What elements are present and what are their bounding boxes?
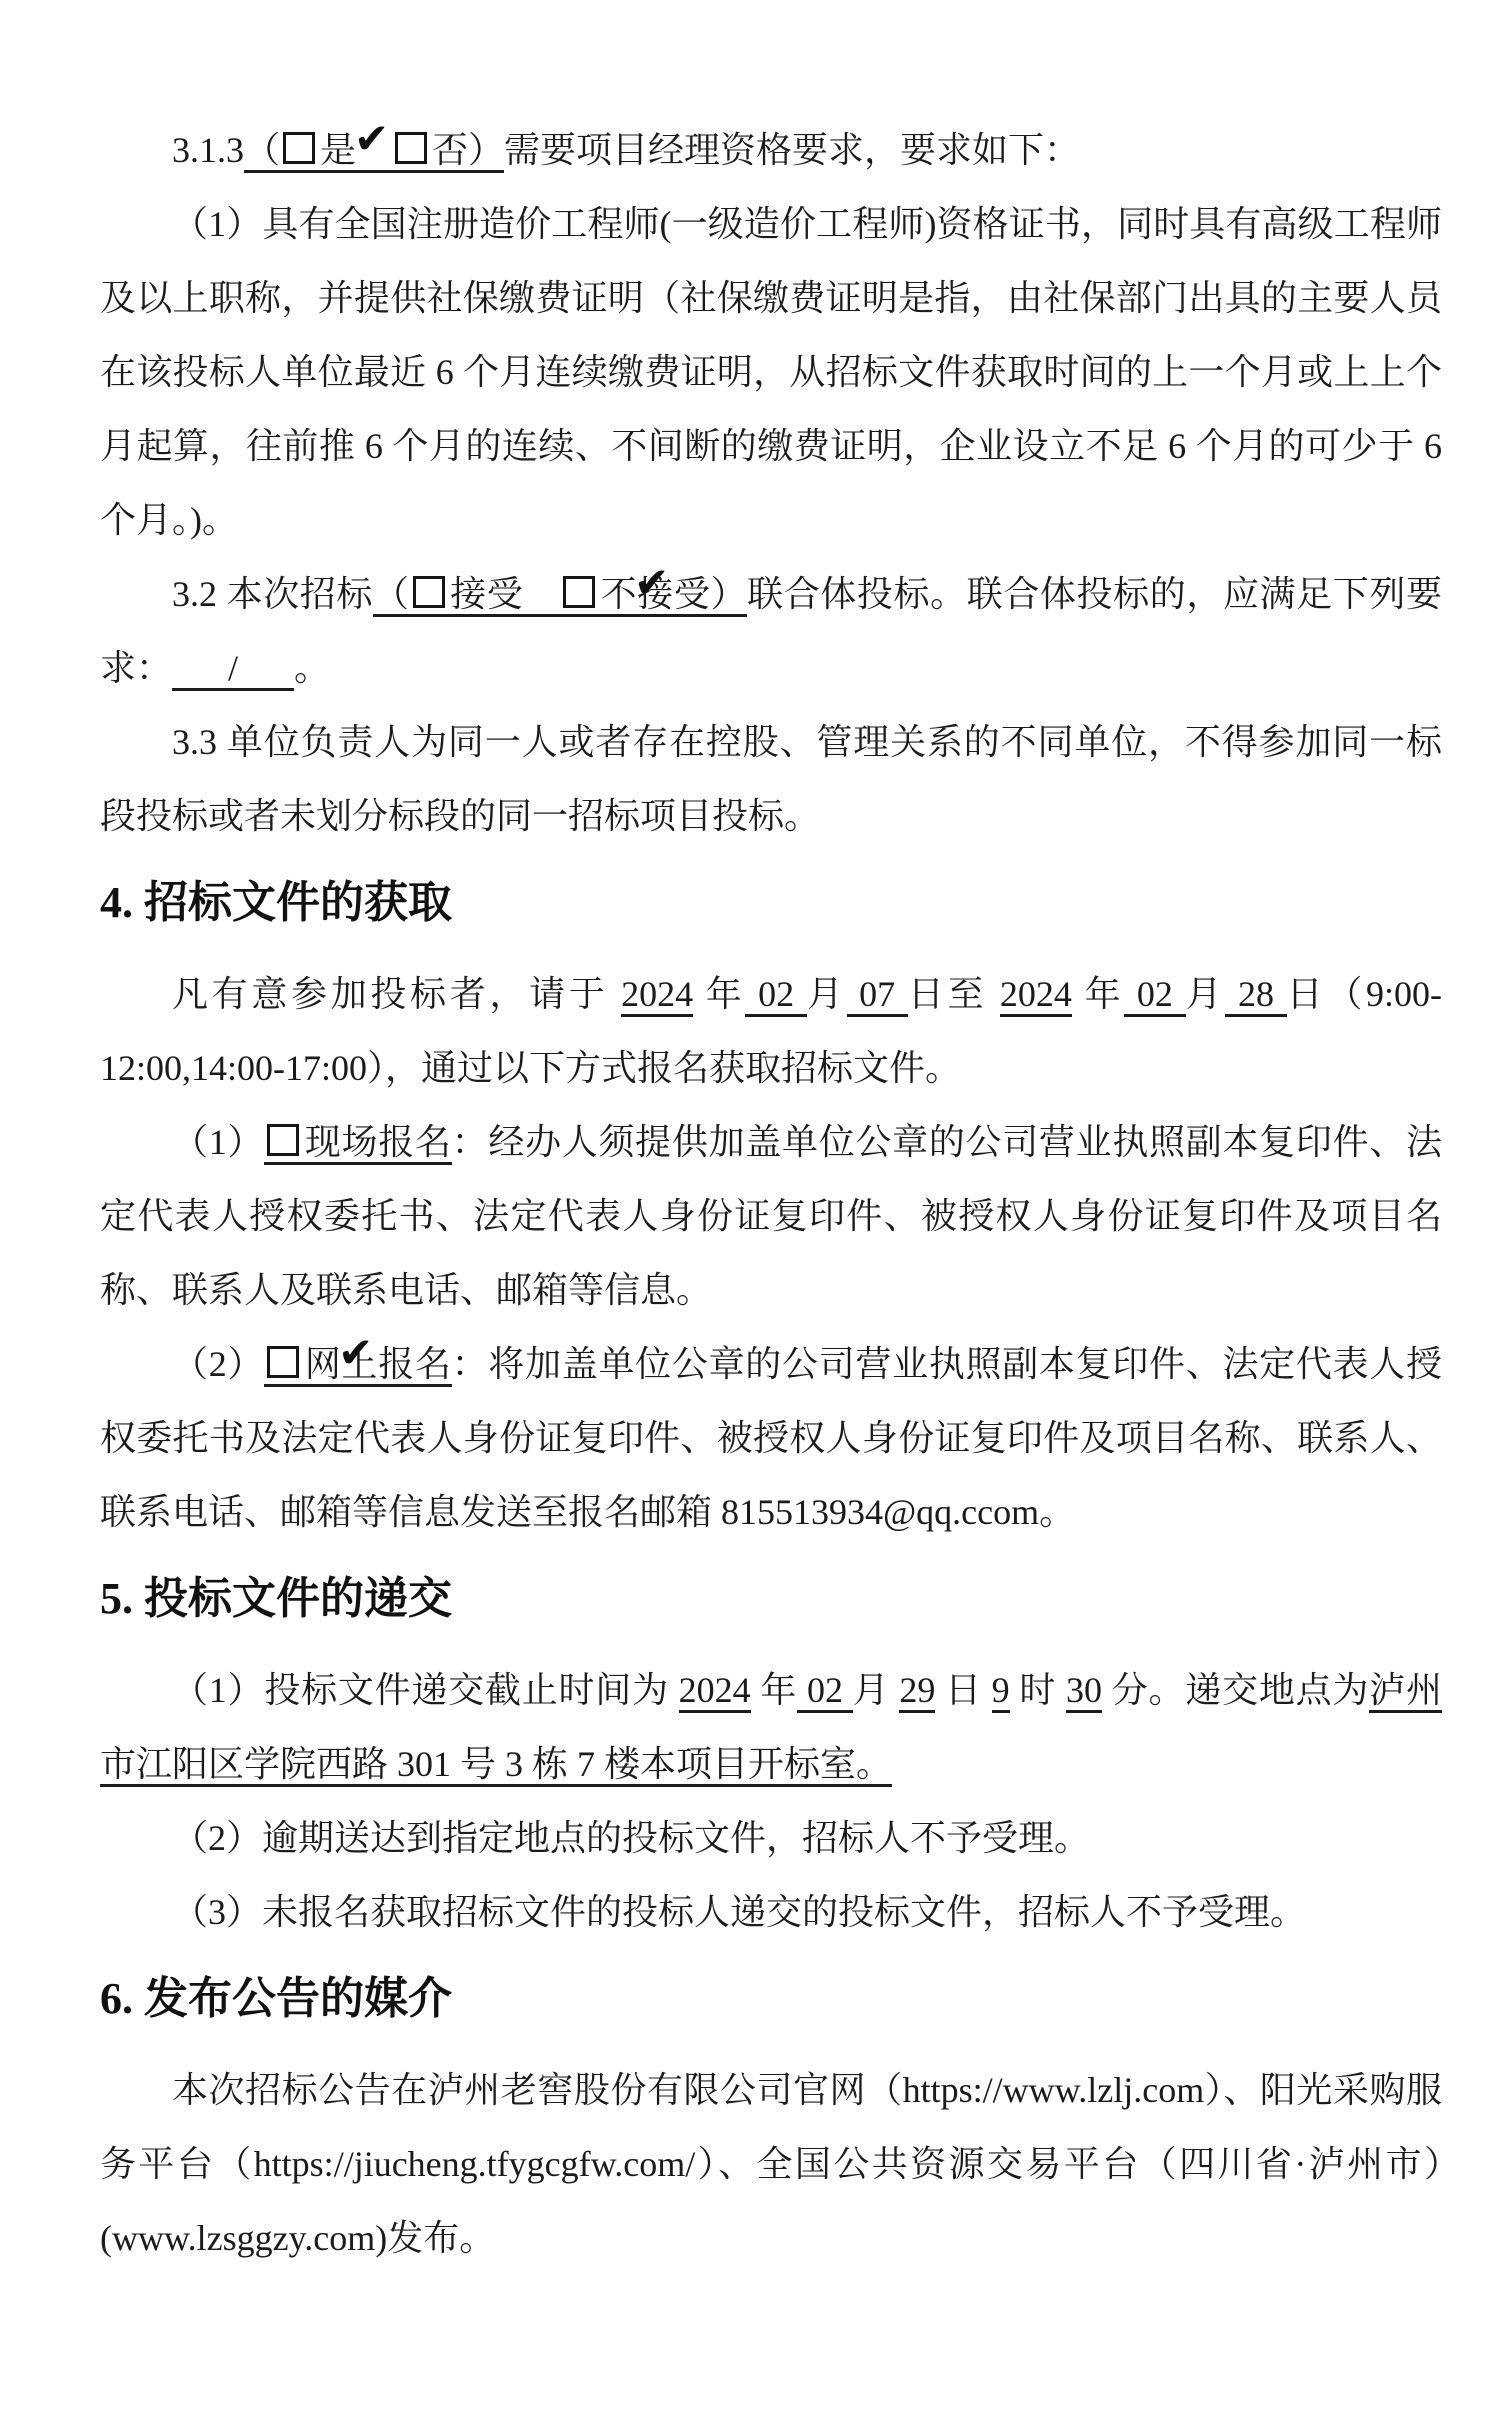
section-5-deadline-address: （1）投标文件递交截止时间为 2024 年 02 月 29 日 9 时 30 分… xyxy=(100,1653,1442,1801)
check-mark: ✔ xyxy=(562,562,669,604)
clause-3-1-3: 3.1.3（✔是 否）需要项目经理资格要求，要求如下： xyxy=(100,113,1442,187)
deadline-day: 29 xyxy=(899,1670,935,1713)
checkbox-unchecked-icon xyxy=(413,576,445,608)
section-5-heading: 5. 投标文件的递交 xyxy=(100,1571,1442,1627)
text-run: 年 xyxy=(751,1670,798,1710)
start-year: 2024 xyxy=(621,974,693,1017)
text-run: 。 xyxy=(1039,1492,1075,1532)
checkbox-checked-icon: ✔ xyxy=(563,576,595,608)
checkbox-checked-icon: ✔ xyxy=(283,132,315,164)
text-run: （3）未报名获取招标文件的投标人递交的投标文件，招标人不予受理。 xyxy=(172,1892,1306,1932)
section-5-unregistered-submission: （3）未报名获取招标文件的投标人递交的投标文件，招标人不予受理。 xyxy=(100,1875,1442,1949)
section-4-heading: 4. 招标文件的获取 xyxy=(100,875,1442,931)
checkbox-wrap: ✔ xyxy=(280,130,320,173)
deadline-minute: 30 xyxy=(1066,1670,1102,1713)
section-4-intro-dates: 凡有意参加投标者，请于 2024 年 02 月 07 日至 2024 年 02 … xyxy=(100,957,1442,1105)
section-4-onsite-registration: （1）现场报名：经办人须提供加盖单位公章的公司营业执照副本复印件、法定代表人授权… xyxy=(100,1105,1442,1327)
url-lzsggzy: www.lzsggzy.com xyxy=(112,2218,375,2258)
text-run: 月 xyxy=(807,974,847,1014)
blank-slash-field: / xyxy=(172,648,294,691)
text-run: 时 xyxy=(1010,1670,1066,1710)
checkbox-wrap: ✔ xyxy=(264,1344,304,1387)
deadline-month: 02 xyxy=(797,1670,853,1713)
deadline-year: 2024 xyxy=(679,1670,751,1713)
checkbox-unchecked-icon xyxy=(267,1124,299,1156)
checkbox-checked-icon: ✔ xyxy=(267,1346,299,1378)
url-jiucheng: https://jiucheng.tfygcgfw.com/ xyxy=(254,2144,696,2184)
text-run: （ xyxy=(373,574,410,617)
text-run: 需要项目经理资格要求，要求如下： xyxy=(504,130,1080,170)
section-6-publication-media: 本次招标公告在泸州老窖股份有限公司官网（https://www.lzlj.com… xyxy=(100,2053,1442,2275)
clause-3-2-consortium: 3.2 本次招标（接受 ✔不接受）联合体投标。联合体投标的，应满足下列要求：/。 xyxy=(100,557,1442,705)
text-run: 接受 xyxy=(450,574,560,617)
text-run: 3.1.3 xyxy=(172,130,244,170)
end-day: 28 xyxy=(1225,974,1286,1017)
text-run: 日至 xyxy=(908,974,1000,1014)
checkbox-wrap xyxy=(410,574,450,617)
end-year: 2024 xyxy=(1000,974,1072,1017)
text-run: 月 xyxy=(853,1670,900,1710)
url-lzlj: https://www.lzlj.com xyxy=(903,2070,1205,2110)
check-mark: ✔ xyxy=(282,118,389,160)
checkbox-wrap: ✔ xyxy=(560,574,600,617)
text-run: )发布。 xyxy=(375,2218,495,2258)
text-run: 年 xyxy=(1072,974,1124,1014)
text-run: 3.3 单位负责人为同一人或者存在控股、管理关系的不同单位，不得参加同一标段投标… xyxy=(100,722,1442,836)
text-run: （1）投标文件递交截止时间为 xyxy=(172,1670,679,1710)
check-mark: ✔ xyxy=(266,1332,373,1374)
tender-document-page: 3.1.3（✔是 否）需要项目经理资格要求，要求如下： （1）具有全国注册造价工… xyxy=(0,0,1500,2414)
text-run: （1）具有全国注册造价工程师(一级造价工程师)资格证书，同时具有高级工程师及以上… xyxy=(100,204,1442,540)
text-run: （1） xyxy=(172,1122,264,1162)
text-run: 本次招标公告在泸州老窖股份有限公司官网（ xyxy=(172,2070,903,2110)
text-run: 3.2 本次招标 xyxy=(172,574,373,614)
text-run: 凡有意参加投标者，请于 xyxy=(172,974,621,1014)
text-run: 。 xyxy=(294,648,330,688)
start-day: 07 xyxy=(847,974,908,1017)
text-run: 现场报名 xyxy=(304,1122,452,1165)
start-month: 02 xyxy=(745,974,806,1017)
text-run: （2） xyxy=(172,1344,264,1384)
text-run: 日 xyxy=(935,1670,991,1710)
text-run: 否） xyxy=(432,130,504,173)
text-run: （2）逾期送达到指定地点的投标文件，招标人不予受理。 xyxy=(172,1818,1090,1858)
section-4-online-registration: （2）✔网上报名：将加盖单位公章的公司营业执照副本复印件、法定代表人授权委托书及… xyxy=(100,1327,1442,1549)
deadline-hour: 9 xyxy=(992,1670,1010,1713)
end-month: 02 xyxy=(1124,974,1185,1017)
text-run: 月 xyxy=(1186,974,1226,1014)
checkbox-wrap xyxy=(392,130,432,173)
clause-3-3-same-person: 3.3 单位负责人为同一人或者存在控股、管理关系的不同单位，不得参加同一标段投标… xyxy=(100,705,1442,853)
text-run: 分。递交地点为 xyxy=(1102,1670,1369,1710)
text-run: 年 xyxy=(693,974,745,1014)
checkbox-wrap xyxy=(264,1122,304,1165)
registration-email: 815513934@qq.ccom xyxy=(721,1492,1039,1532)
text-run: （ xyxy=(244,130,280,173)
clause-3-1-3-requirement-1: （1）具有全国注册造价工程师(一级造价工程师)资格证书，同时具有高级工程师及以上… xyxy=(100,187,1442,557)
section-5-late-submission: （2）逾期送达到指定地点的投标文件，招标人不予受理。 xyxy=(100,1801,1442,1875)
checkbox-unchecked-icon xyxy=(395,132,427,164)
section-6-heading: 6. 发布公告的媒介 xyxy=(100,1971,1442,2027)
